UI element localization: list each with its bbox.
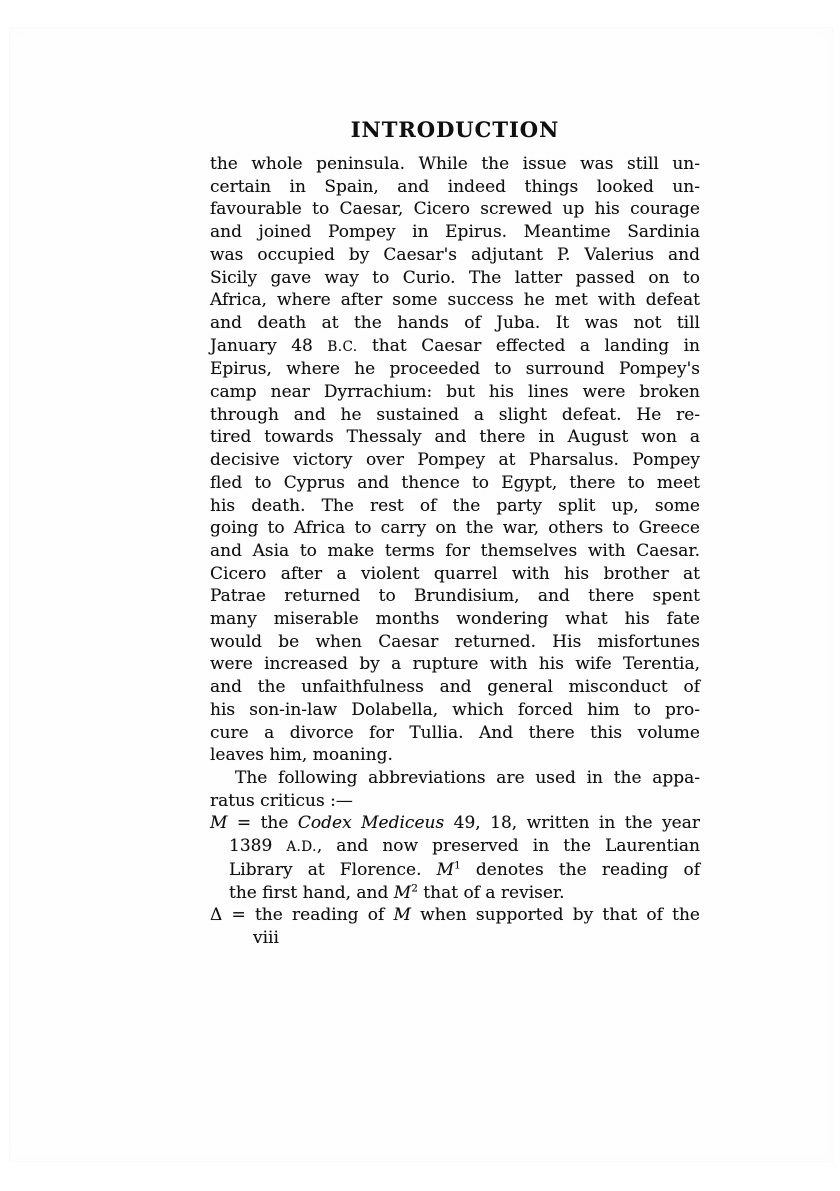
text-segment: fled to Cyprus and thence to Egypt, ther… xyxy=(210,473,700,493)
text-segment: that of a reviser. xyxy=(418,883,565,903)
text-segment: Library at Florence. xyxy=(229,860,437,880)
text-segment: Δ = the reading of xyxy=(210,905,394,925)
text-line: Sicily gave way to Curio. The latter pas… xyxy=(210,267,700,290)
text-line: were increased by a rupture with his wif… xyxy=(210,653,700,676)
text-segment: that Caesar effected a landing in xyxy=(357,336,700,356)
text-segment: Sicily gave way to Curio. The latter pas… xyxy=(210,268,700,288)
text-line: and Asia to make terms for themselves wi… xyxy=(210,540,700,563)
text-segment: and the unfaithfulness and general misco… xyxy=(210,677,700,697)
text-segment: 1389 xyxy=(229,836,286,856)
page-title: INTRODUCTION xyxy=(210,119,700,141)
text-segment: 49, 18, written in the year xyxy=(444,813,700,833)
text-line: was occupied by Caesar's adjutant P. Val… xyxy=(210,244,700,267)
text-segment: many miserable months wondering what his… xyxy=(210,609,700,629)
text-line: Cicero after a violent quarrel with his … xyxy=(210,563,700,586)
text-segment: would be when Caesar returned. His misfo… xyxy=(210,632,700,652)
text-segment: camp near Dyrrachium: but his lines were… xyxy=(210,382,700,402)
text-line: leaves him, moaning. xyxy=(210,744,700,767)
text-segment: M xyxy=(394,883,411,903)
text-line: 1389 A.D., and now preserved in the Laur… xyxy=(210,835,700,859)
text-segment: denotes the reading of xyxy=(461,860,700,880)
text-line: Epirus, where he proceeded to surround P… xyxy=(210,358,700,381)
text-segment: the whole peninsula. While the issue was… xyxy=(210,154,700,174)
text-segment: through and he sustained a slight defeat… xyxy=(210,405,700,425)
text-segment: were increased by a rupture with his wif… xyxy=(210,654,700,674)
text-line: and the unfaithfulness and general misco… xyxy=(210,676,700,699)
text-line: camp near Dyrrachium: but his lines were… xyxy=(210,381,700,404)
text-line: would be when Caesar returned. His misfo… xyxy=(210,631,700,654)
text-segment: 1 xyxy=(454,859,461,871)
text-line: and death at the hands of Juba. It was n… xyxy=(210,312,700,335)
text-segment: January 48 xyxy=(210,336,327,356)
text-line: going to Africa to carry on the war, oth… xyxy=(210,517,700,540)
text-line: his death. The rest of the party split u… xyxy=(210,495,700,518)
text-segment: M xyxy=(394,905,411,925)
text-segment: Epirus, where he proceeded to surround P… xyxy=(210,359,700,379)
text-line: tired towards Thessaly and there in Augu… xyxy=(210,426,700,449)
text-segment: going to Africa to carry on the war, oth… xyxy=(210,518,700,538)
text-line: M = the Codex Mediceus 49, 18, written i… xyxy=(210,812,700,835)
text-segment: when supported by that of the xyxy=(411,905,700,925)
text-line: January 48 B.C. that Caesar effected a l… xyxy=(210,335,700,359)
text-segment: A.D. xyxy=(286,839,316,855)
text-segment: Africa, where after some success he met … xyxy=(210,290,700,310)
text-line: many miserable months wondering what his… xyxy=(210,608,700,631)
text-segment: M xyxy=(437,860,454,880)
text-line: through and he sustained a slight defeat… xyxy=(210,404,700,427)
text-segment: M xyxy=(210,813,227,833)
text-segment: his son-in-law Dolabella, which forced h… xyxy=(210,700,700,720)
text-line: the first hand, and M2 that of a reviser… xyxy=(210,882,700,905)
text-segment: and joined Pompey in Epirus. Meantime Sa… xyxy=(210,222,700,242)
text-line: Library at Florence. M1 denotes the read… xyxy=(210,859,700,882)
text-segment: decisive victory over Pompey at Pharsalu… xyxy=(210,450,700,470)
text-segment: ratus criticus :— xyxy=(210,791,353,811)
text-segment: Codex Mediceus xyxy=(298,813,444,833)
text-segment: Cicero after a violent quarrel with his … xyxy=(210,564,700,584)
page-content: INTRODUCTION the whole peninsula. While … xyxy=(210,119,700,950)
text-segment: The following abbreviations are used in … xyxy=(235,768,700,788)
text-line: fled to Cyprus and thence to Egypt, ther… xyxy=(210,472,700,495)
text-line: the whole peninsula. While the issue was… xyxy=(210,153,700,176)
text-line: his son-in-law Dolabella, which forced h… xyxy=(210,699,700,722)
text-segment: tired towards Thessaly and there in Augu… xyxy=(210,427,700,447)
text-line: certain in Spain, and indeed things look… xyxy=(210,176,700,199)
text-segment: Patrae returned to Brundisium, and there… xyxy=(210,586,700,606)
text-line: Africa, where after some success he met … xyxy=(210,289,700,312)
text-segment: his death. The rest of the party split u… xyxy=(210,496,700,516)
text-line: favourable to Caesar, Cicero screwed up … xyxy=(210,198,700,221)
text-line: ratus criticus :— xyxy=(210,790,700,813)
text-line: The following abbreviations are used in … xyxy=(210,767,700,790)
text-line: Patrae returned to Brundisium, and there… xyxy=(210,585,700,608)
text-segment: and death at the hands of Juba. It was n… xyxy=(210,313,700,333)
text-segment: was occupied by Caesar's adjutant P. Val… xyxy=(210,245,700,265)
text-line: and joined Pompey in Epirus. Meantime Sa… xyxy=(210,221,700,244)
text-segment: = the xyxy=(227,813,297,833)
text-segment: leaves him, moaning. xyxy=(210,745,393,765)
text-segment: , and now preserved in the Laurentian xyxy=(317,836,700,856)
page-signature: viii xyxy=(210,927,700,950)
scanned-book-page: INTRODUCTION the whole peninsula. While … xyxy=(0,0,840,1191)
text-segment: favourable to Caesar, Cicero screwed up … xyxy=(210,199,700,219)
text-segment: 2 xyxy=(411,882,418,894)
text-line: decisive victory over Pompey at Pharsalu… xyxy=(210,449,700,472)
text-segment: cure a divorce for Tullia. And there thi… xyxy=(210,723,700,743)
text-line: Δ = the reading of M when supported by t… xyxy=(210,904,700,927)
text-segment: and Asia to make terms for themselves wi… xyxy=(210,541,700,561)
text-segment: the first hand, and xyxy=(229,883,394,903)
text-segment: B.C. xyxy=(327,339,357,355)
body-text: the whole peninsula. While the issue was… xyxy=(210,153,700,950)
text-segment: certain in Spain, and indeed things look… xyxy=(210,177,700,197)
text-segment: viii xyxy=(253,928,279,948)
text-line: cure a divorce for Tullia. And there thi… xyxy=(210,722,700,745)
